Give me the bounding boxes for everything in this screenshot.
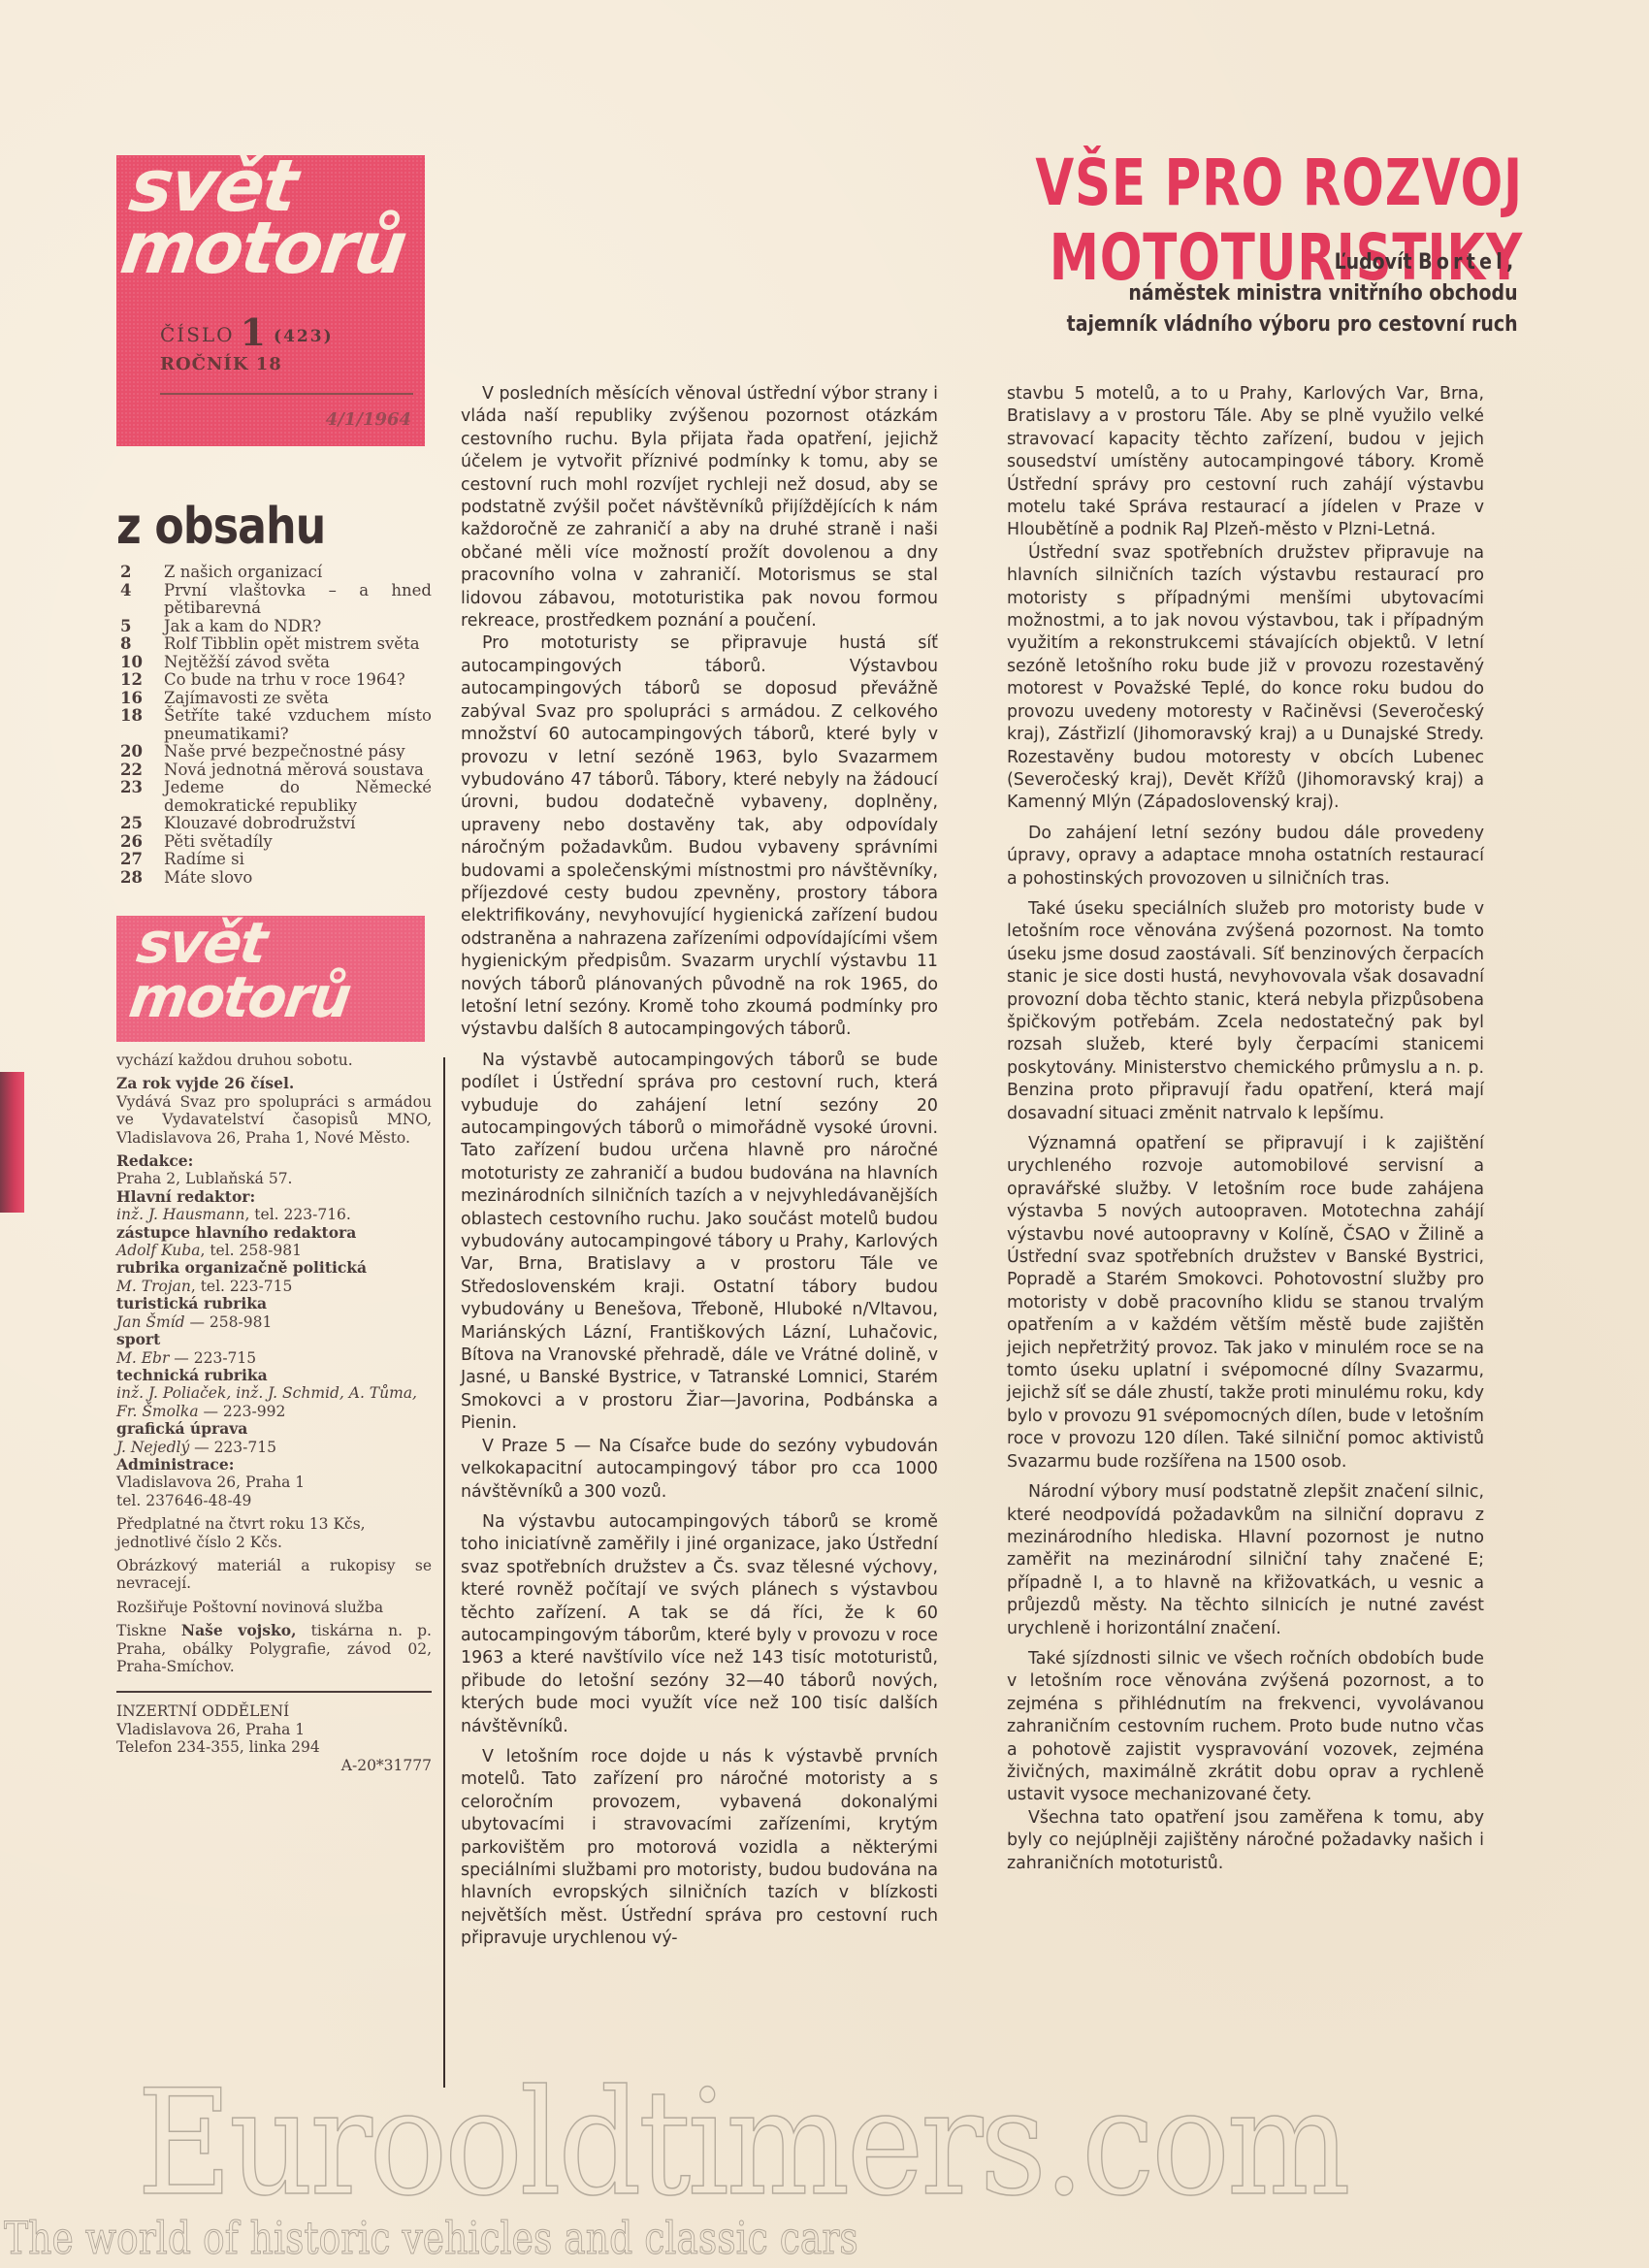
toc-item[interactable]: 22Nová jednotná měrová soustava (116, 761, 432, 780)
paragraph: Národní výbory musí podstatně zlepšit zn… (1007, 1481, 1484, 1640)
paragraph: Pro mototuristy se připravuje hustá síť … (461, 632, 938, 1041)
toc-item[interactable]: 28Máte slovo (116, 869, 432, 888)
issue-number: ČÍSLO1(423) (160, 310, 334, 354)
issue-date: 4/1/1964 (326, 409, 411, 430)
toc-item[interactable]: 18Šetříte také vzduchem místo pneumatika… (116, 707, 432, 743)
toc-item[interactable]: 16Zajímavosti ze světa (116, 690, 432, 708)
print-code: A-20*31777 (116, 1757, 432, 1774)
paragraph: stavbu 5 motelů, a to u Prahy, Karlových… (1007, 383, 1484, 542)
toc-item[interactable]: 20Naše prvé bezpečnostné pásy (116, 743, 432, 761)
divider (160, 393, 413, 395)
magazine-logo: svět motorů (117, 155, 417, 279)
article-column-right: stavbu 5 motelů, a to u Prahy, Karlových… (1007, 383, 1484, 1875)
toc-item[interactable]: 10Nejtěžší závod světa (116, 654, 432, 672)
toc-item[interactable]: 25Klouzavé dobrodružství (116, 815, 432, 833)
sidebar: svět motorů ČÍSLO1(423) ROČNÍK 18 4/1/19… (116, 155, 432, 1774)
volume: ROČNÍK 18 (160, 354, 282, 374)
toc-item[interactable]: 27Radíme si (116, 851, 432, 869)
imprint-logo: svět motorů (116, 916, 425, 1042)
toc-item[interactable]: 8Rolf Tibblin opět mistrem světa (116, 635, 432, 654)
edge-color-marker (0, 1072, 24, 1213)
paragraph: Na výstavbu autocampingových táborů se k… (461, 1511, 938, 1738)
imprint: vychází každou druhou sobotu. Za rok vyj… (116, 1052, 432, 1774)
masthead: svět motorů ČÍSLO1(423) ROČNÍK 18 4/1/19… (116, 155, 425, 446)
paragraph: Do zahájení letní sezóny budou dále prov… (1007, 823, 1484, 891)
paragraph: V posledních měsících věnoval ústřední v… (461, 383, 938, 632)
watermark-brand: Eurooldtimers.com (0, 2071, 1484, 2217)
divider (116, 1691, 432, 1693)
toc-item[interactable]: 23Jedeme do Německé demokratické republi… (116, 779, 432, 815)
paragraph: Ústřední svaz spotřebních družstev připr… (1007, 542, 1484, 815)
toc-title: z obsahu (116, 500, 384, 554)
watermark-tagline: The world of historic vehicles and class… (4, 2212, 858, 2264)
toc-item[interactable]: 26Pěti světadíly (116, 833, 432, 852)
paragraph: Také sjízdnosti silnic ve všech ročních … (1007, 1648, 1484, 1807)
toc-item[interactable]: 4První vlaštovka – a hned pětibarevná (116, 582, 432, 618)
article-column-middle: V posledních měsících věnoval ústřední v… (461, 383, 938, 1951)
paragraph: Také úseku speciálních služeb pro motori… (1007, 898, 1484, 1125)
paragraph: Všechna tato opatření jsou zaměřena k to… (1007, 1807, 1484, 1875)
paragraph: Na výstavbě autocampingových táborů se b… (461, 1050, 938, 1436)
paragraph: V letošním roce dojde u nás k výstavbě p… (461, 1746, 938, 1951)
paragraph: V Praze 5 — Na Císařce bude do sezóny vy… (461, 1436, 938, 1504)
toc-item[interactable]: 12Co bude na trhu v roce 1964? (116, 671, 432, 690)
byline: Ľudovít Bortel, náměstek ministra vnitřn… (1067, 247, 1518, 340)
toc-item[interactable]: 2Z našich organizací (116, 564, 432, 582)
column-divider (443, 1057, 445, 2088)
toc-item[interactable]: 5Jak a kam do NDR? (116, 618, 432, 636)
paragraph: Významná opatření se připravují i k zaji… (1007, 1133, 1484, 1474)
table-of-contents: 2Z našich organizací 4První vlaštovka – … (116, 564, 432, 887)
